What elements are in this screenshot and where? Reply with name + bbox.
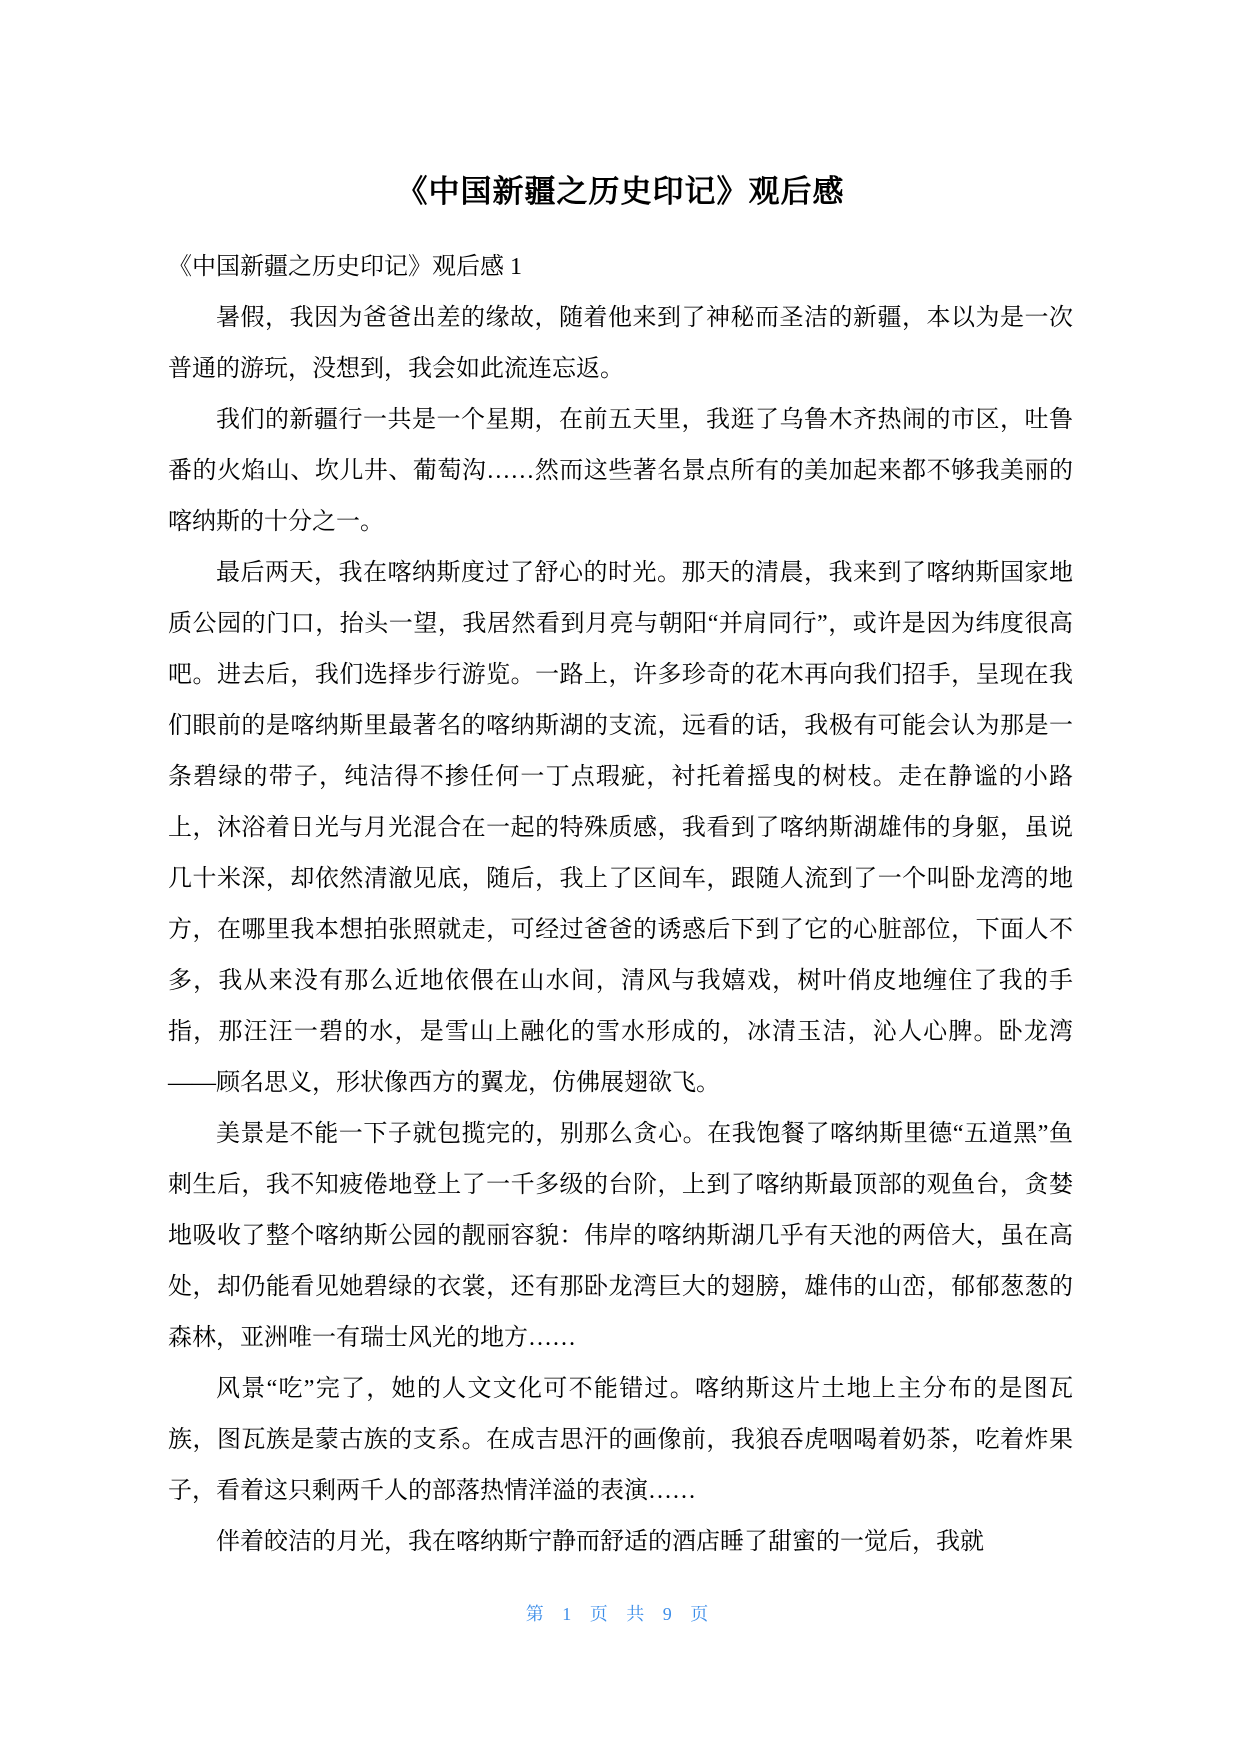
paragraph-list: 暑假，我因为爸爸出差的缘故，随着他来到了神秘而圣洁的新疆，本以为是一次普通的游玩… bbox=[168, 293, 1073, 1568]
document-body: 《中国新疆之历史印记》观后感 1 暑假，我因为爸爸出差的缘故，随着他来到了神秘而… bbox=[168, 212, 1073, 1568]
paragraph: 美景是不能一下子就包揽完的，别那么贪心。在我饱餐了喀纳斯里德“五道黑”鱼刺生后，… bbox=[168, 1109, 1073, 1364]
document-subtitle: 《中国新疆之历史印记》观后感 1 bbox=[168, 242, 1073, 293]
paragraph: 暑假，我因为爸爸出差的缘故，随着他来到了神秘而圣洁的新疆，本以为是一次普通的游玩… bbox=[168, 293, 1073, 395]
page-footer: 第 1 页 共 9 页 bbox=[0, 1600, 1241, 1626]
paragraph: 伴着皎洁的月光，我在喀纳斯宁静而舒适的酒店睡了甜蜜的一觉后，我就 bbox=[168, 1517, 1073, 1568]
paragraph: 风景“吃”完了，她的人文文化可不能错过。喀纳斯这片土地上主分布的是图瓦族，图瓦族… bbox=[168, 1364, 1073, 1517]
page-number-text: 第 1 页 共 9 页 bbox=[526, 1604, 716, 1624]
document-page: 《中国新疆之历史印记》观后感 《中国新疆之历史印记》观后感 1 暑假，我因为爸爸… bbox=[0, 0, 1241, 1754]
paragraph: 最后两天，我在喀纳斯度过了舒心的时光。那天的清晨，我来到了喀纳斯国家地质公园的门… bbox=[168, 548, 1073, 1109]
paragraph: 我们的新疆行一共是一个星期，在前五天里，我逛了乌鲁木齐热闹的市区，吐鲁番的火焰山… bbox=[168, 395, 1073, 548]
document-title: 《中国新疆之历史印记》观后感 bbox=[0, 0, 1241, 212]
